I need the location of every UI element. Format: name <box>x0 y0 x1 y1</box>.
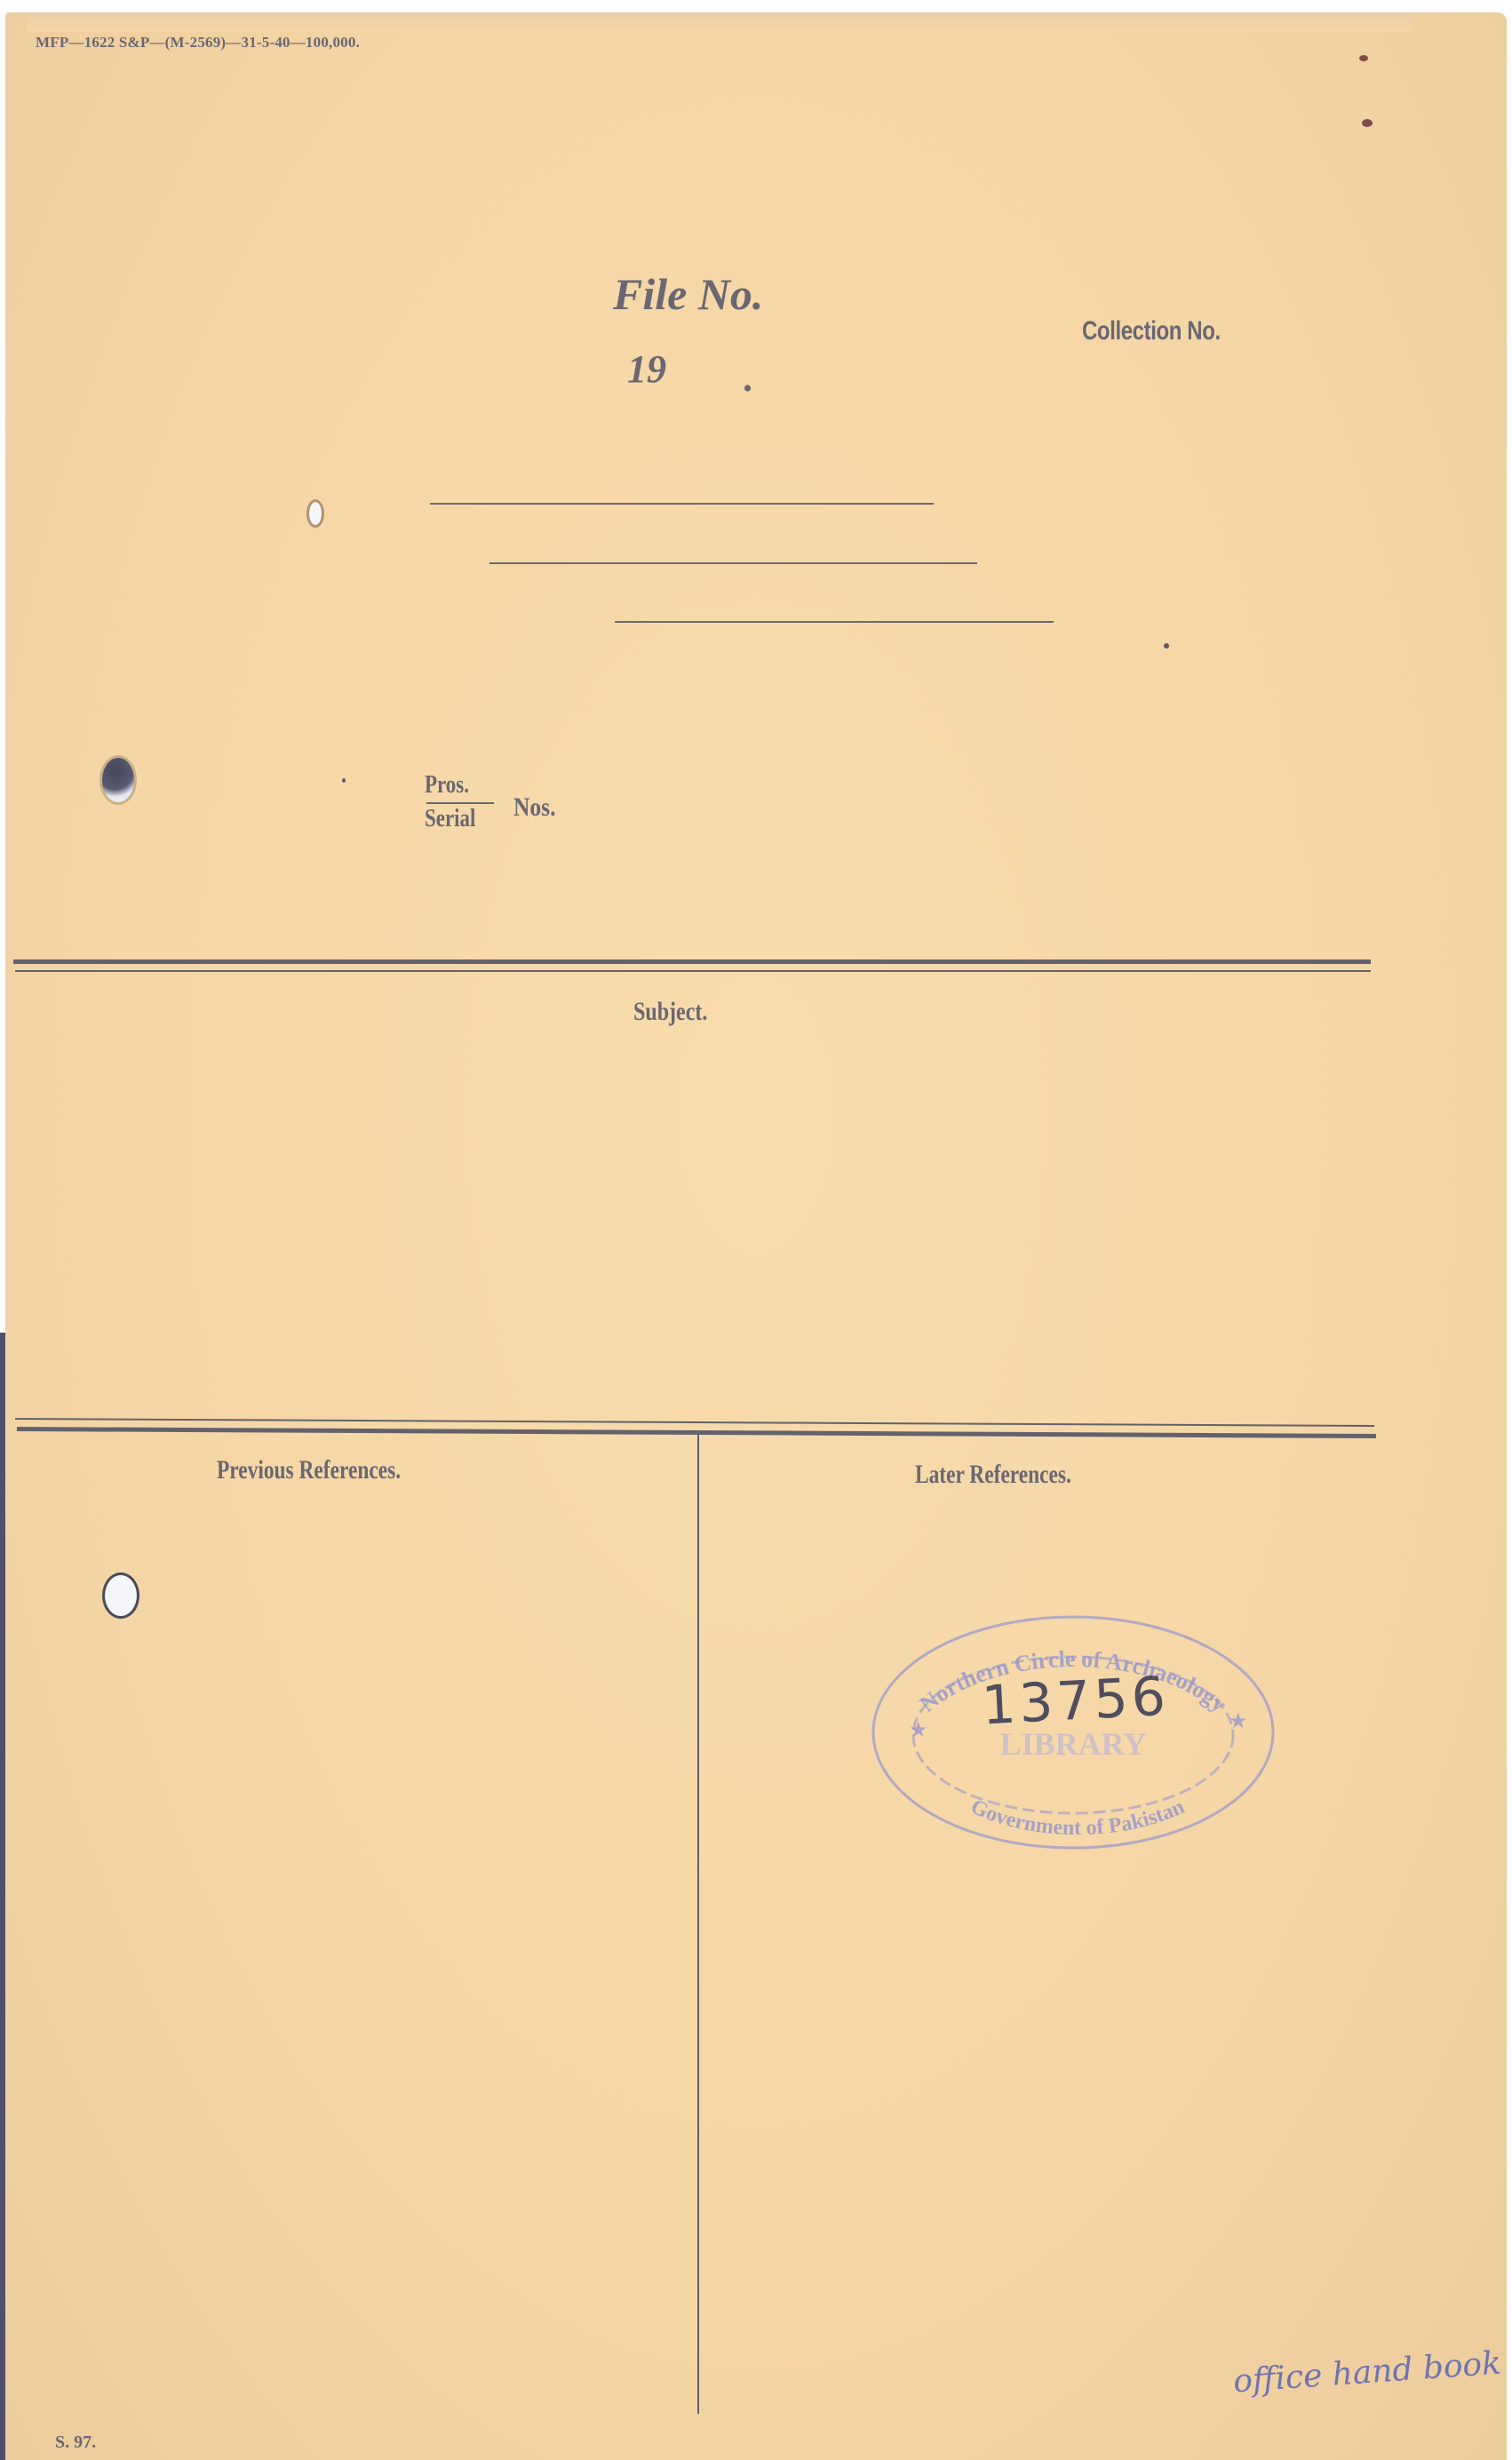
punch-hole-top <box>306 499 324 528</box>
ink-dot <box>342 778 346 783</box>
pros-serial-fraction-bar <box>426 802 494 804</box>
stain-spot <box>1359 55 1368 61</box>
punch-hole-middle <box>99 755 137 805</box>
subject-top-rule-thick <box>13 959 1371 964</box>
punch-hole-bottom <box>102 1572 139 1619</box>
file-title-line-3 <box>615 621 1054 623</box>
stamp-handwritten-number: 13756 <box>980 1666 1170 1738</box>
file-year-prefix: 19 <box>627 346 666 392</box>
file-title-line-1 <box>430 503 934 505</box>
file-no-label: File No. <box>613 268 763 320</box>
file-title-line-2 <box>489 562 977 564</box>
references-column-divider <box>697 1432 699 2414</box>
collection-no-label: Collection No. <box>1082 316 1221 346</box>
print-code: MFP—1622 S&P—(M-2569)—31-5-40—100,000. <box>36 34 360 52</box>
file-cover-paper <box>5 12 1507 2460</box>
nos-label: Nos. <box>513 792 555 823</box>
svg-text:★: ★ <box>1229 1710 1248 1733</box>
ink-dot <box>1164 643 1169 649</box>
stain-spot <box>1362 119 1373 127</box>
serial-label: Serial <box>425 805 475 833</box>
pros-label: Pros. <box>425 771 469 800</box>
torn-top-edge <box>27 12 1413 32</box>
file-year-dot: . <box>743 355 752 401</box>
form-number: S. 97. <box>55 2432 96 2453</box>
previous-references-label: Previous References. <box>217 1455 401 1485</box>
subject-label: Subject. <box>633 997 707 1027</box>
subject-top-rule-thin <box>15 970 1371 972</box>
later-references-label: Later References. <box>915 1460 1071 1490</box>
svg-text:★: ★ <box>909 1719 928 1742</box>
